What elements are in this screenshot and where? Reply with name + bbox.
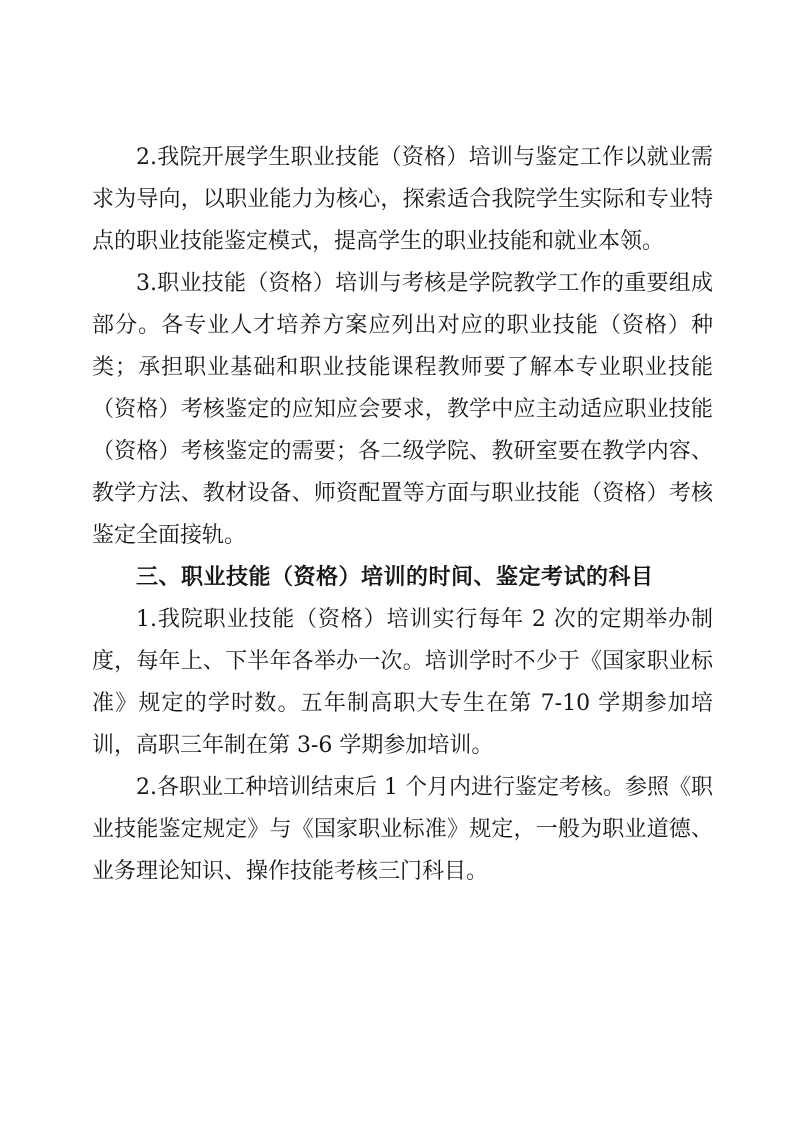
paragraph-employment-orientation: 2.我院开展学生职业技能（资格）培训与鉴定工作以就业需求为导向，以职业能力为核心… xyxy=(92,137,713,263)
paragraph-assessment-subjects: 2.各职业工种培训结束后 1 个月内进行鉴定考核。参照《职业技能鉴定规定》与《国… xyxy=(92,767,713,893)
paragraph-training-schedule: 1.我院职业技能（资格）培训实行每年 2 次的定期举办制度，每年上、下半年各举办… xyxy=(92,599,713,767)
section-heading-three: 三、职业技能（资格）培训的时间、鉴定考试的科目 xyxy=(92,557,713,599)
paragraph-teaching-integration: 3.职业技能（资格）培训与考核是学院教学工作的重要组成部分。各专业人才培养方案应… xyxy=(92,263,713,557)
document-page: 2.我院开展学生职业技能（资格）培训与鉴定工作以就业需求为导向，以职业能力为核心… xyxy=(0,0,793,1122)
